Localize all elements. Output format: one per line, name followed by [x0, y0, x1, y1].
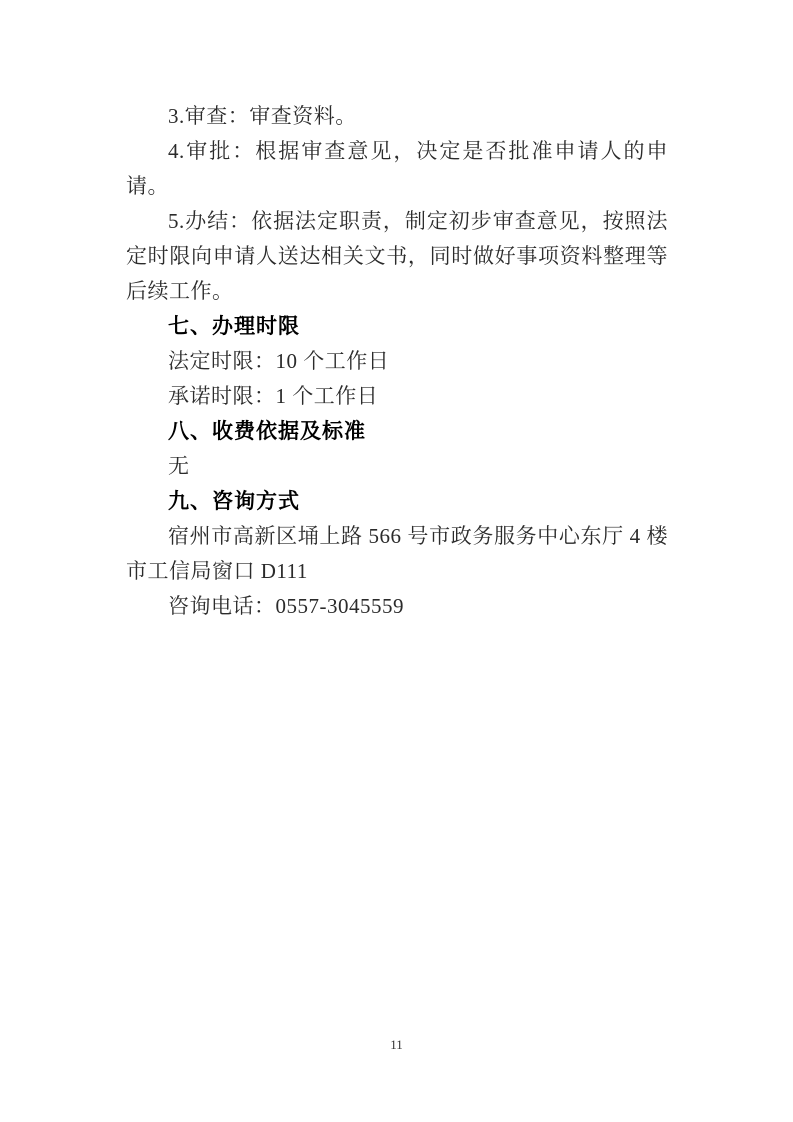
paragraph-step-4-approval: 4.审批：根据审查意见，决定是否批准申请人的申请。 — [126, 134, 668, 204]
document-page: 3.审查：审查资料。 4.审批：根据审查意见，决定是否批准申请人的申请。 5.办… — [0, 0, 793, 1122]
paragraph-service-address: 宿州市高新区埇上路 566 号市政务服务中心东厅 4 楼市工信局窗口 D111 — [126, 519, 668, 589]
section-7-heading-processing-time-limit: 七、办理时限 — [126, 309, 668, 344]
page-number: 11 — [0, 1036, 793, 1054]
paragraph-consultation-phone: 咨询电话：0557-3045559 — [126, 589, 668, 624]
paragraph-fee-none: 无 — [126, 449, 668, 484]
paragraph-statutory-time-limit: 法定时限：10 个工作日 — [126, 344, 668, 379]
paragraph-step-5-completion: 5.办结：依据法定职责，制定初步审查意见，按照法定时限向申请人送达相关文书，同时… — [126, 204, 668, 309]
document-body: 3.审查：审查资料。 4.审批：根据审查意见，决定是否批准申请人的申请。 5.办… — [126, 99, 668, 624]
paragraph-promised-time-limit: 承诺时限：1 个工作日 — [126, 379, 668, 414]
section-9-heading-consultation-method: 九、咨询方式 — [126, 484, 668, 519]
paragraph-step-3-review: 3.审查：审查资料。 — [126, 99, 668, 134]
section-8-heading-fee-basis-standard: 八、收费依据及标准 — [126, 414, 668, 449]
